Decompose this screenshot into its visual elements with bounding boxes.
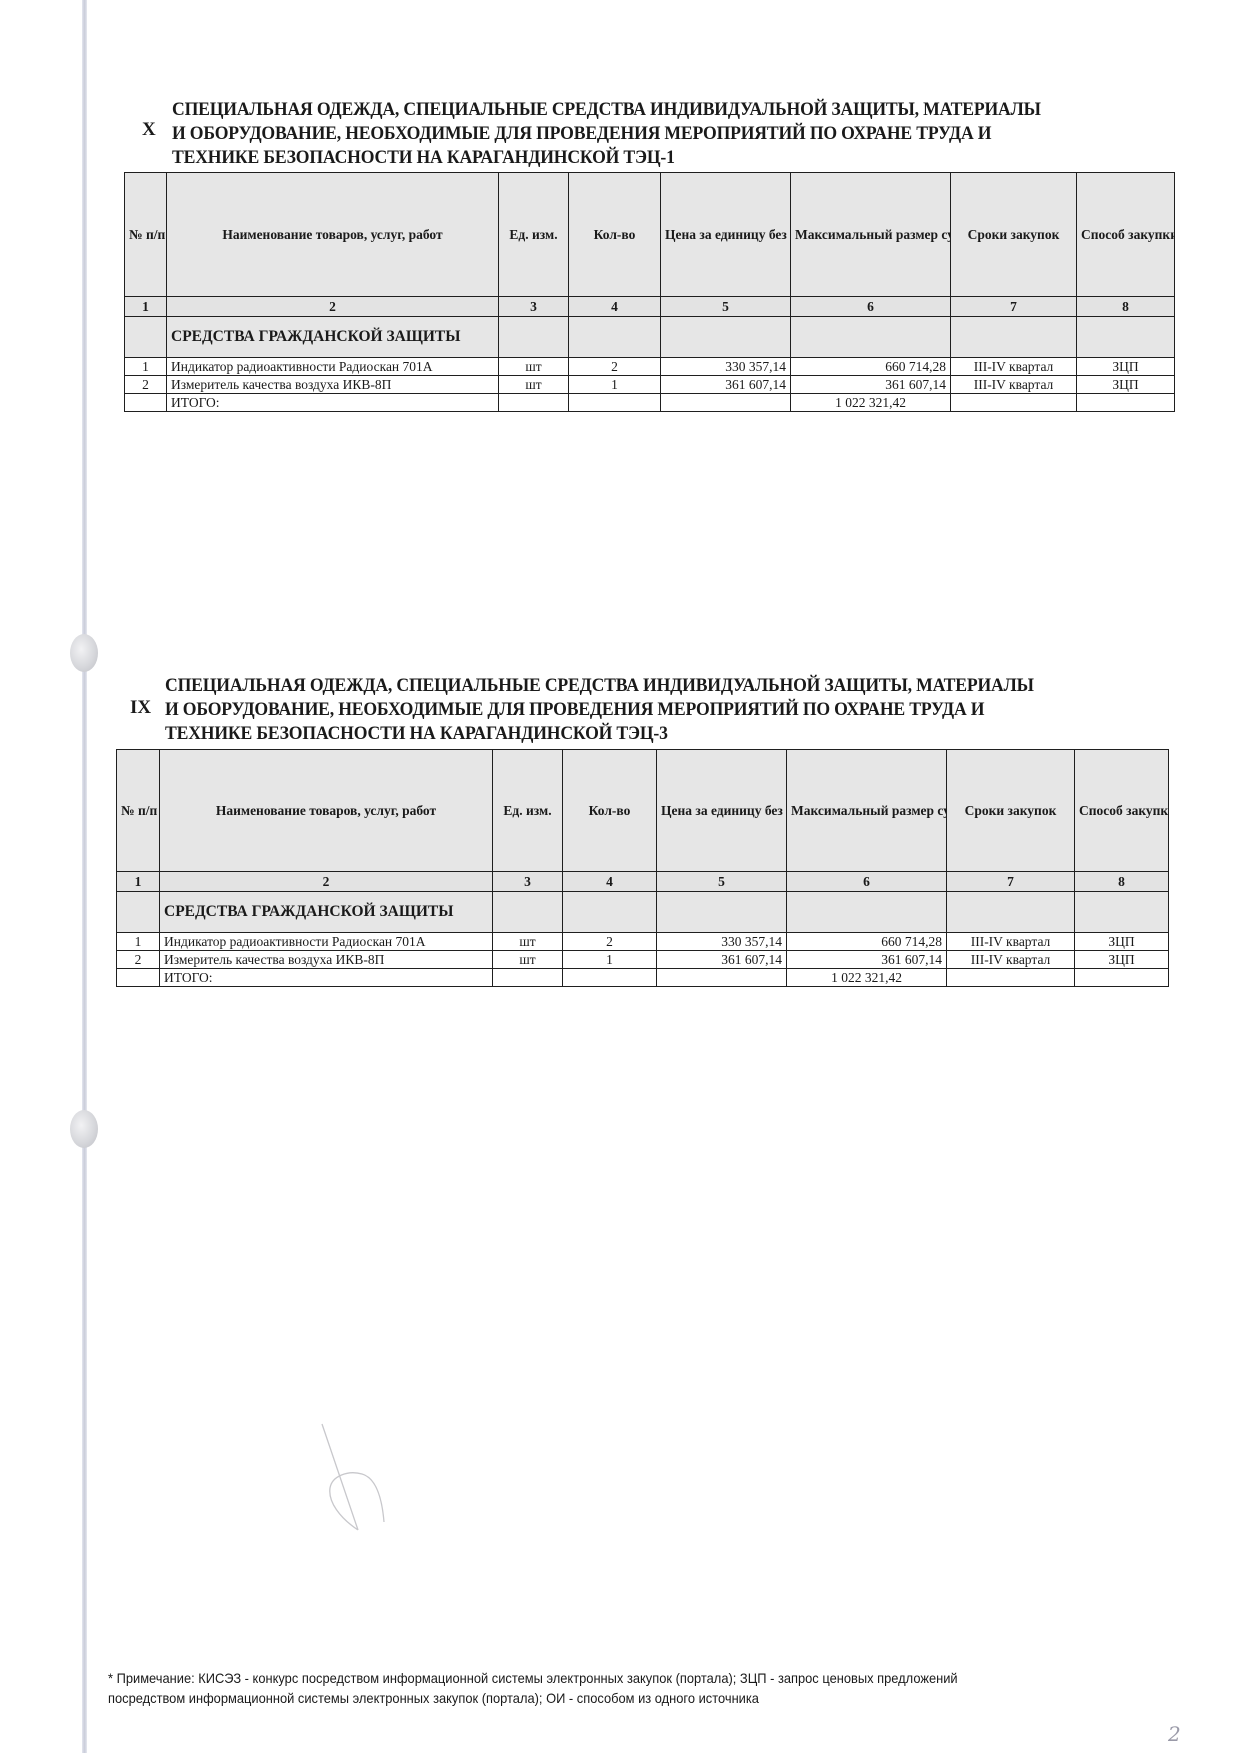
cell-total: 660 714,28 (791, 358, 951, 376)
total-label: ИТОГО: (160, 969, 493, 987)
empty-cell (1075, 892, 1169, 933)
total-row: ИТОГО: 1 022 321,42 (117, 969, 1169, 987)
col-header-name: Наименование товаров, услуг, работ (160, 750, 493, 872)
column-number: 1 (125, 297, 167, 317)
column-number: 7 (951, 297, 1077, 317)
section-title: СПЕЦИАЛЬНАЯ ОДЕЖДА, СПЕЦИАЛЬНЫЕ СРЕДСТВА… (172, 98, 1195, 170)
procurement-table: № п/п Наименование товаров, услуг, работ… (124, 172, 1175, 412)
cell-number: 2 (117, 951, 160, 969)
col-header-name: Наименование товаров, услуг, работ (167, 173, 499, 297)
punch-hole (70, 1110, 98, 1148)
category-label: СРЕДСТВА ГРАЖДАНСКОЙ ЗАЩИТЫ (167, 317, 499, 358)
column-number: 5 (657, 872, 787, 892)
column-number-row: 1 2 3 4 5 6 7 8 (125, 297, 1175, 317)
pencil-mark-icon (318, 1418, 408, 1538)
cell-qty: 1 (563, 951, 657, 969)
col-header-number: № п/п (125, 173, 167, 297)
cell-price: 330 357,14 (661, 358, 791, 376)
section-number: IX (130, 697, 151, 719)
cell-period: III-IV квартал (947, 933, 1075, 951)
cell-price: 361 607,14 (661, 376, 791, 394)
empty-cell (791, 317, 951, 358)
category-row: СРЕДСТВА ГРАЖДАНСКОЙ ЗАЩИТЫ (125, 317, 1175, 358)
column-number: 7 (947, 872, 1075, 892)
empty-cell (493, 969, 563, 987)
cell-method: ЗЦП (1075, 951, 1169, 969)
column-number: 3 (499, 297, 569, 317)
cell-unit: шт (493, 933, 563, 951)
empty-cell (117, 892, 160, 933)
cell-price: 361 607,14 (657, 951, 787, 969)
cell-number: 1 (125, 358, 167, 376)
section-title-line: И ОБОРУДОВАНИЕ, НЕОБХОДИМЫЕ ДЛЯ ПРОВЕДЕН… (172, 122, 1195, 146)
cell-unit: шт (493, 951, 563, 969)
cell-method: ЗЦП (1077, 376, 1175, 394)
empty-cell (563, 969, 657, 987)
section-title-line: СПЕЦИАЛЬНАЯ ОДЕЖДА, СПЕЦИАЛЬНЫЕ СРЕДСТВА… (172, 98, 1195, 122)
empty-cell (661, 394, 791, 412)
cell-qty: 2 (563, 933, 657, 951)
empty-cell (951, 394, 1077, 412)
cell-period: III-IV квартал (947, 951, 1075, 969)
cell-name: Измеритель качества воздуха ИКВ-8П (167, 376, 499, 394)
empty-cell (499, 394, 569, 412)
column-number: 6 (791, 297, 951, 317)
empty-cell (1075, 969, 1169, 987)
cell-total: 361 607,14 (787, 951, 947, 969)
section-title-line: И ОБОРУДОВАНИЕ, НЕОБХОДИМЫЕ ДЛЯ ПРОВЕДЕН… (165, 698, 1188, 722)
column-number: 5 (661, 297, 791, 317)
empty-cell (493, 892, 563, 933)
cell-price: 330 357,14 (657, 933, 787, 951)
cell-name: Индикатор радиоактивности Радиоскан 701А (167, 358, 499, 376)
cell-name: Измеритель качества воздуха ИКВ-8П (160, 951, 493, 969)
col-header-period: Сроки закупок (951, 173, 1077, 297)
section-title-line: СПЕЦИАЛЬНАЯ ОДЕЖДА, СПЕЦИАЛЬНЫЕ СРЕДСТВА… (165, 674, 1188, 698)
col-header-method: Способ закупки* (1075, 750, 1169, 872)
column-number: 8 (1075, 872, 1169, 892)
empty-cell (661, 317, 791, 358)
cell-number: 1 (117, 933, 160, 951)
empty-cell (951, 317, 1077, 358)
table-row: 1 Индикатор радиоактивности Радиоскан 70… (125, 358, 1175, 376)
column-number: 6 (787, 872, 947, 892)
cell-unit: шт (499, 358, 569, 376)
cell-method: ЗЦП (1077, 358, 1175, 376)
binder-margin-line (82, 0, 87, 1753)
section-number: X (142, 119, 156, 141)
col-header-unit: Ед. изм. (499, 173, 569, 297)
col-header-total: Максимальный размер сумм, направляемых н… (787, 750, 947, 872)
handwritten-page-number: 2 (1168, 1722, 1181, 1746)
section-title-line: ТЕХНИКЕ БЕЗОПАСНОСТИ НА КАРАГАНДИНСКОЙ Т… (165, 722, 1188, 746)
empty-cell (499, 317, 569, 358)
procurement-table: № п/п Наименование товаров, услуг, работ… (116, 749, 1169, 987)
column-number: 2 (167, 297, 499, 317)
total-row: ИТОГО: 1 022 321,42 (125, 394, 1175, 412)
header-row: № п/п Наименование товаров, услуг, работ… (117, 750, 1169, 872)
empty-cell (787, 892, 947, 933)
empty-cell (657, 969, 787, 987)
cell-period: III-IV квартал (951, 376, 1077, 394)
section-title: СПЕЦИАЛЬНАЯ ОДЕЖДА, СПЕЦИАЛЬНЫЕ СРЕДСТВА… (165, 674, 1188, 746)
column-number: 8 (1077, 297, 1175, 317)
cell-qty: 1 (569, 376, 661, 394)
cell-number: 2 (125, 376, 167, 394)
col-header-unit: Ед. изм. (493, 750, 563, 872)
empty-cell (569, 317, 661, 358)
punch-hole (70, 634, 98, 672)
footnote: * Примечание: КИСЭЗ - конкурс посредство… (108, 1668, 1028, 1708)
col-header-price: Цена за единицу без учета НДС, тенге (661, 173, 791, 297)
col-header-total: Максимальный размер сумм, направляемых н… (791, 173, 951, 297)
table-row: 2 Измеритель качества воздуха ИКВ-8П шт … (125, 376, 1175, 394)
cell-qty: 2 (569, 358, 661, 376)
col-header-qty: Кол-во (563, 750, 657, 872)
table-row: 1 Индикатор радиоактивности Радиоскан 70… (117, 933, 1169, 951)
column-number: 1 (117, 872, 160, 892)
column-number: 2 (160, 872, 493, 892)
empty-cell (947, 969, 1075, 987)
cell-total: 660 714,28 (787, 933, 947, 951)
empty-cell (657, 892, 787, 933)
empty-cell (1077, 317, 1175, 358)
section-title-line: ТЕХНИКЕ БЕЗОПАСНОСТИ НА КАРАГАНДИНСКОЙ Т… (172, 146, 1195, 170)
empty-cell (947, 892, 1075, 933)
column-number-row: 1 2 3 4 5 6 7 8 (117, 872, 1169, 892)
category-label: СРЕДСТВА ГРАЖДАНСКОЙ ЗАЩИТЫ (160, 892, 493, 933)
col-header-number: № п/п (117, 750, 160, 872)
col-header-method: Способ закупки* (1077, 173, 1175, 297)
empty-cell (125, 394, 167, 412)
col-header-period: Сроки закупок (947, 750, 1075, 872)
cell-method: ЗЦП (1075, 933, 1169, 951)
column-number: 4 (563, 872, 657, 892)
cell-unit: шт (499, 376, 569, 394)
col-header-price: Цена за единицу без учета НДС, тенге (657, 750, 787, 872)
total-label: ИТОГО: (167, 394, 499, 412)
table-row: 2 Измеритель качества воздуха ИКВ-8П шт … (117, 951, 1169, 969)
cell-period: III-IV квартал (951, 358, 1077, 376)
header-row: № п/п Наименование товаров, услуг, работ… (125, 173, 1175, 297)
empty-cell (125, 317, 167, 358)
cell-name: Индикатор радиоактивности Радиоскан 701А (160, 933, 493, 951)
category-row: СРЕДСТВА ГРАЖДАНСКОЙ ЗАЩИТЫ (117, 892, 1169, 933)
empty-cell (117, 969, 160, 987)
column-number: 4 (569, 297, 661, 317)
total-value: 1 022 321,42 (787, 969, 947, 987)
total-value: 1 022 321,42 (791, 394, 951, 412)
empty-cell (1077, 394, 1175, 412)
column-number: 3 (493, 872, 563, 892)
cell-total: 361 607,14 (791, 376, 951, 394)
empty-cell (563, 892, 657, 933)
col-header-qty: Кол-во (569, 173, 661, 297)
empty-cell (569, 394, 661, 412)
